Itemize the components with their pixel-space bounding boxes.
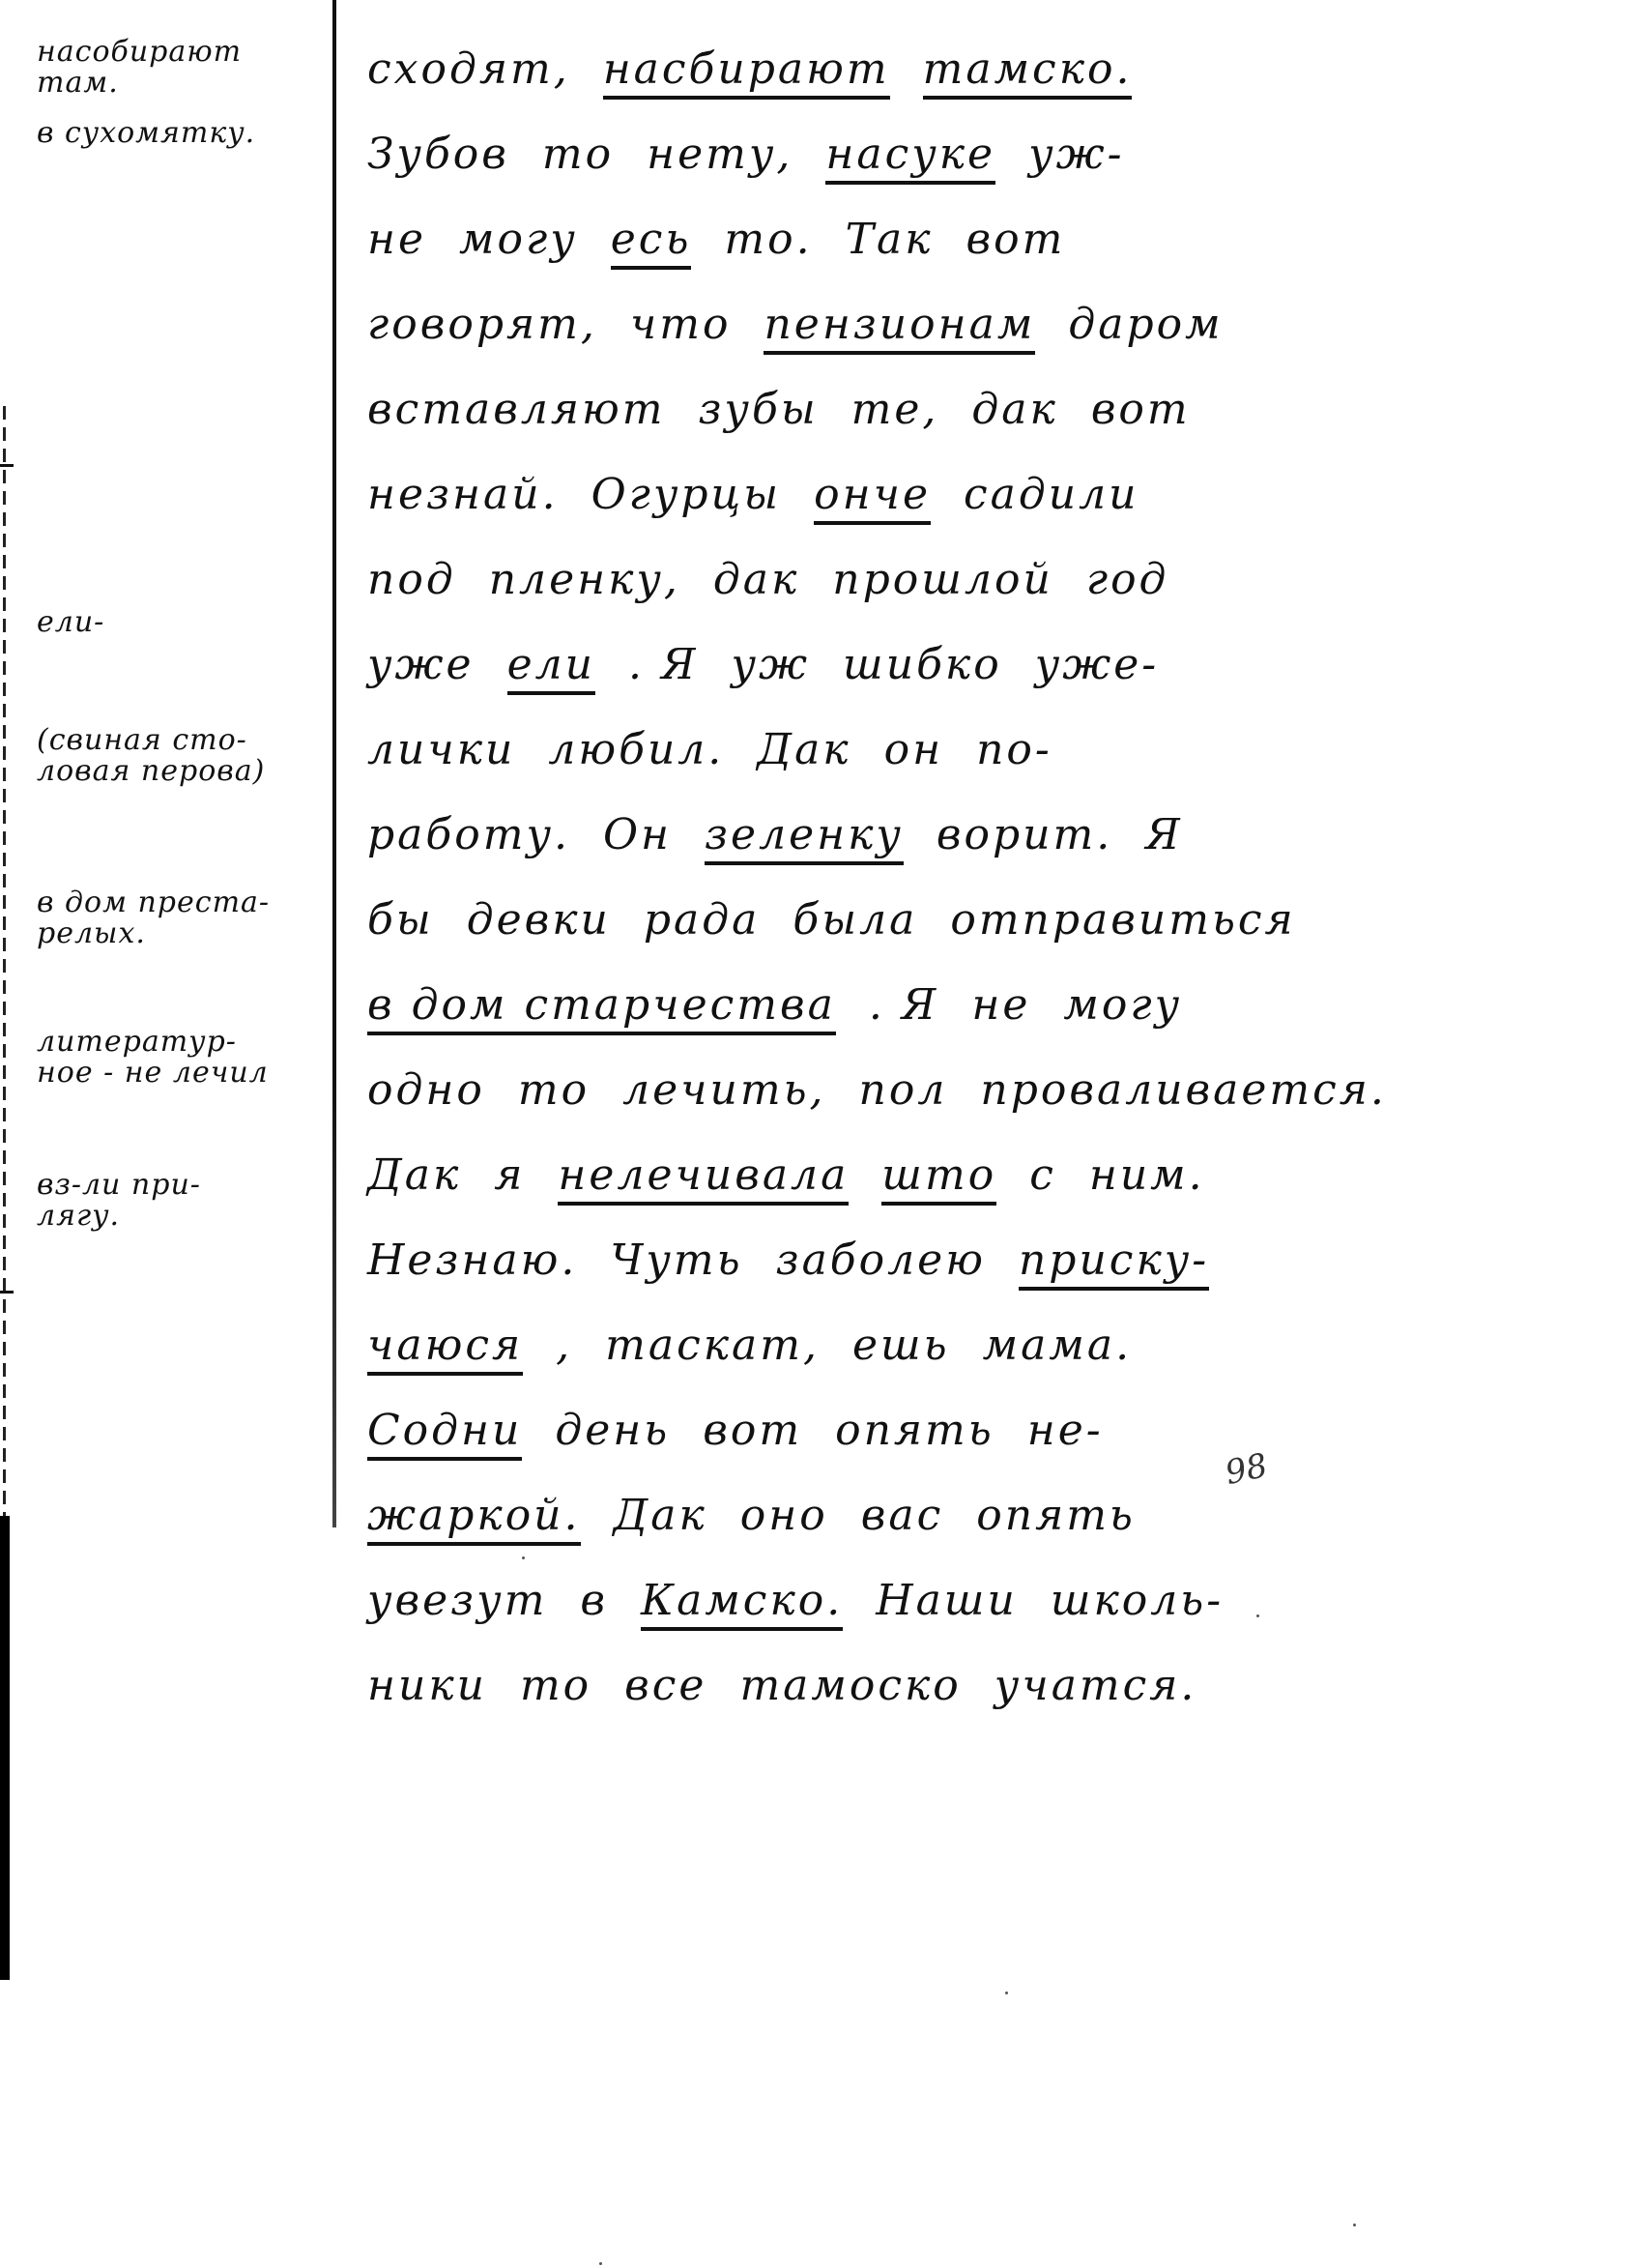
word: с bbox=[1029, 1133, 1056, 1218]
word: учатся. bbox=[994, 1643, 1197, 1729]
word: уж- bbox=[1028, 112, 1124, 197]
word: ники bbox=[367, 1643, 487, 1729]
word: шибко bbox=[843, 623, 1002, 708]
word: рада bbox=[644, 878, 761, 963]
word: вот bbox=[703, 1388, 802, 1473]
text-line: однотолечить,полпроваливается. bbox=[367, 1048, 1334, 1133]
word: Дак bbox=[367, 1133, 461, 1218]
word: что bbox=[630, 282, 732, 367]
underlined-dialect-word: пензионам bbox=[764, 301, 1035, 355]
word: день bbox=[555, 1388, 670, 1473]
word: одно bbox=[367, 1048, 485, 1133]
word: Незнаю. bbox=[367, 1218, 577, 1303]
margin-note: литератур-ное - не лечил bbox=[37, 1027, 327, 1089]
underlined-dialect-word: тамско. bbox=[923, 45, 1133, 100]
word: вот bbox=[1091, 367, 1191, 452]
word: в bbox=[580, 1558, 608, 1643]
word: отправиться bbox=[950, 878, 1295, 963]
underlined-dialect-word: насбирают bbox=[603, 45, 890, 100]
text-line: сходят,насбираюттамско. bbox=[367, 27, 1334, 112]
margin-note-line: литератур- bbox=[37, 1027, 327, 1058]
word: девки bbox=[467, 878, 611, 963]
word: даром bbox=[1068, 282, 1223, 367]
scan-speck bbox=[406, 1613, 409, 1615]
text-line: чаюся,таскат,ешьмама. bbox=[367, 1303, 1334, 1388]
word: ним. bbox=[1089, 1133, 1205, 1218]
word: те, bbox=[851, 367, 939, 452]
word: уж bbox=[732, 623, 811, 708]
text-line: Зубовтонету,насукеуж- bbox=[367, 112, 1334, 197]
underlined-dialect-word: Камско. bbox=[641, 1577, 843, 1631]
word: дак bbox=[713, 538, 799, 623]
underlined-dialect-word: нелечивала bbox=[558, 1151, 849, 1206]
text-line: работу.Онзеленкуворит.Я bbox=[367, 793, 1334, 878]
margin-note-line: ловая перова) bbox=[37, 756, 327, 787]
word: мама. bbox=[983, 1303, 1132, 1388]
word: пленку, bbox=[489, 538, 680, 623]
word: Чуть bbox=[610, 1218, 742, 1303]
underlined-dialect-word: зеленку bbox=[705, 811, 904, 865]
word: не bbox=[367, 197, 426, 282]
text-line: никитовсетамоскоучатся. bbox=[367, 1643, 1334, 1729]
margin-note-line: в дом преста- bbox=[37, 887, 327, 918]
word: ворит. bbox=[937, 793, 1112, 878]
underlined-dialect-word: жаркой. bbox=[367, 1492, 581, 1546]
word: . Я bbox=[628, 623, 699, 708]
word: незнай. bbox=[367, 452, 559, 538]
margin-note: насобираюттам. bbox=[37, 37, 327, 99]
word: то bbox=[520, 1643, 591, 1729]
word: то bbox=[542, 112, 614, 197]
word: вас bbox=[861, 1473, 943, 1558]
word: заболею bbox=[776, 1218, 986, 1303]
margin-divider-line bbox=[332, 0, 336, 1527]
word: говорят, bbox=[367, 282, 597, 367]
text-line: ужеели. Яужшибкоуже- bbox=[367, 623, 1334, 708]
underlined-dialect-word: ели bbox=[507, 641, 595, 695]
text-line: личкилюбил.Даконпо- bbox=[367, 708, 1334, 793]
scan-speck bbox=[1353, 2224, 1356, 2226]
margin-note-line: ели- bbox=[37, 607, 327, 638]
margin-note: вз-ли при-лягу. bbox=[37, 1170, 327, 1232]
word: Наши bbox=[876, 1558, 1018, 1643]
margin-note: в сухомятку. bbox=[37, 118, 327, 149]
word: уже- bbox=[1035, 623, 1159, 708]
word: уже bbox=[367, 623, 475, 708]
word: дак bbox=[971, 367, 1057, 452]
word: не bbox=[971, 963, 1030, 1048]
word: лечить, bbox=[622, 1048, 825, 1133]
scan-edge-bar bbox=[0, 1516, 10, 1980]
text-line: Дакянелечивалаштосним. bbox=[367, 1133, 1334, 1218]
word: была bbox=[793, 878, 917, 963]
word: он bbox=[884, 708, 943, 793]
word: опять bbox=[835, 1388, 994, 1473]
word: сходят, bbox=[367, 27, 570, 112]
word: лички bbox=[367, 708, 515, 793]
word: работу. bbox=[367, 793, 570, 878]
margin-note-line: лягу. bbox=[37, 1201, 327, 1232]
word: бы bbox=[367, 878, 434, 963]
scan-speck bbox=[1256, 1614, 1259, 1617]
margin-note-line: (свиная сто- bbox=[37, 725, 327, 756]
word: под bbox=[367, 538, 456, 623]
scanned-page: насобираюттам.в сухомятку.ели-(свиная ст… bbox=[0, 0, 1643, 2268]
scan-speck bbox=[599, 2262, 602, 2265]
word: школь- bbox=[1051, 1558, 1224, 1643]
word: я bbox=[494, 1133, 525, 1218]
underlined-dialect-word: што bbox=[881, 1151, 996, 1206]
word: оно bbox=[740, 1473, 828, 1558]
underlined-dialect-word: приску- bbox=[1019, 1236, 1209, 1291]
word: проваливается. bbox=[980, 1048, 1387, 1133]
word: зубы bbox=[698, 367, 818, 452]
text-line: жаркой.Даконовасопять bbox=[367, 1473, 1334, 1558]
word: Зубов bbox=[367, 112, 509, 197]
word: все bbox=[624, 1643, 706, 1729]
margin-note-line: вз-ли при- bbox=[37, 1170, 327, 1201]
text-line: Содниденьвотопятьне- bbox=[367, 1388, 1334, 1473]
word: могу bbox=[459, 197, 578, 282]
text-line: быдевкирадабылаотправиться bbox=[367, 878, 1334, 963]
text-line: вставляютзубыте,даквот bbox=[367, 367, 1334, 452]
margin-note-line: в сухомятку. bbox=[37, 118, 327, 149]
scan-speck bbox=[522, 1556, 525, 1559]
word: Он bbox=[603, 793, 672, 878]
word: то bbox=[518, 1048, 590, 1133]
text-line: подпленку,дакпрошлойгод bbox=[367, 538, 1334, 623]
margin-note: в дом преста-релых. bbox=[37, 887, 327, 949]
text-line: незнай.Огурцыончесадили bbox=[367, 452, 1334, 538]
margin-note: ели- bbox=[37, 607, 327, 638]
underlined-dialect-word: есь bbox=[611, 216, 692, 270]
margin-note-line: ное - не лечил bbox=[37, 1058, 327, 1089]
underlined-dialect-word: в дом старчества bbox=[367, 981, 836, 1035]
word: пол bbox=[859, 1048, 948, 1133]
scan-edge-tick bbox=[0, 464, 14, 467]
text-line: в дом старчества. Янемогу bbox=[367, 963, 1334, 1048]
word: по- bbox=[976, 708, 1052, 793]
underlined-dialect-word: чаюся bbox=[367, 1322, 523, 1376]
text-line: говорят,чтопензионамдаром bbox=[367, 282, 1334, 367]
scan-edge-tick bbox=[0, 1291, 14, 1294]
word: ешь bbox=[852, 1303, 950, 1388]
word: Дак bbox=[614, 1473, 707, 1558]
word: могу bbox=[1063, 963, 1182, 1048]
margin-note: (свиная сто-ловая перова) bbox=[37, 725, 327, 787]
word: . Я bbox=[869, 963, 939, 1048]
margin-note-line: насобирают bbox=[37, 37, 327, 68]
word: , bbox=[556, 1303, 572, 1388]
text-line: немогуесьто.Таквот bbox=[367, 197, 1334, 282]
scan-speck bbox=[1005, 1992, 1008, 1994]
word: не- bbox=[1027, 1388, 1104, 1473]
word: год bbox=[1086, 538, 1169, 623]
word: любил. bbox=[548, 708, 724, 793]
word: тамоско bbox=[739, 1643, 961, 1729]
word: Дак bbox=[757, 708, 850, 793]
word: увезут bbox=[367, 1558, 547, 1643]
scan-edge-line bbox=[3, 406, 6, 1518]
main-text: сходят,насбираюттамско.Зубовтонету,насук… bbox=[367, 27, 1334, 1729]
word: вот bbox=[966, 197, 1065, 282]
word: садили bbox=[964, 452, 1139, 538]
word: Я bbox=[1145, 793, 1183, 878]
word: опять bbox=[976, 1473, 1136, 1558]
word: то. bbox=[724, 197, 812, 282]
word: таскат, bbox=[605, 1303, 820, 1388]
word: вставляют bbox=[367, 367, 665, 452]
margin-note-line: там. bbox=[37, 68, 327, 99]
word: Так bbox=[846, 197, 934, 282]
word: нету, bbox=[647, 112, 793, 197]
text-line: Незнаю.Чутьзаболеюприску- bbox=[367, 1218, 1334, 1303]
word: прошлой bbox=[832, 538, 1053, 623]
margin-note-line: релых. bbox=[37, 918, 327, 949]
text-line: увезутвКамско.Нашишколь- bbox=[367, 1558, 1334, 1643]
underlined-dialect-word: насуке bbox=[825, 131, 995, 185]
underlined-dialect-word: онче bbox=[814, 471, 931, 525]
underlined-dialect-word: Содни bbox=[367, 1407, 522, 1461]
word: Огурцы bbox=[591, 452, 782, 538]
